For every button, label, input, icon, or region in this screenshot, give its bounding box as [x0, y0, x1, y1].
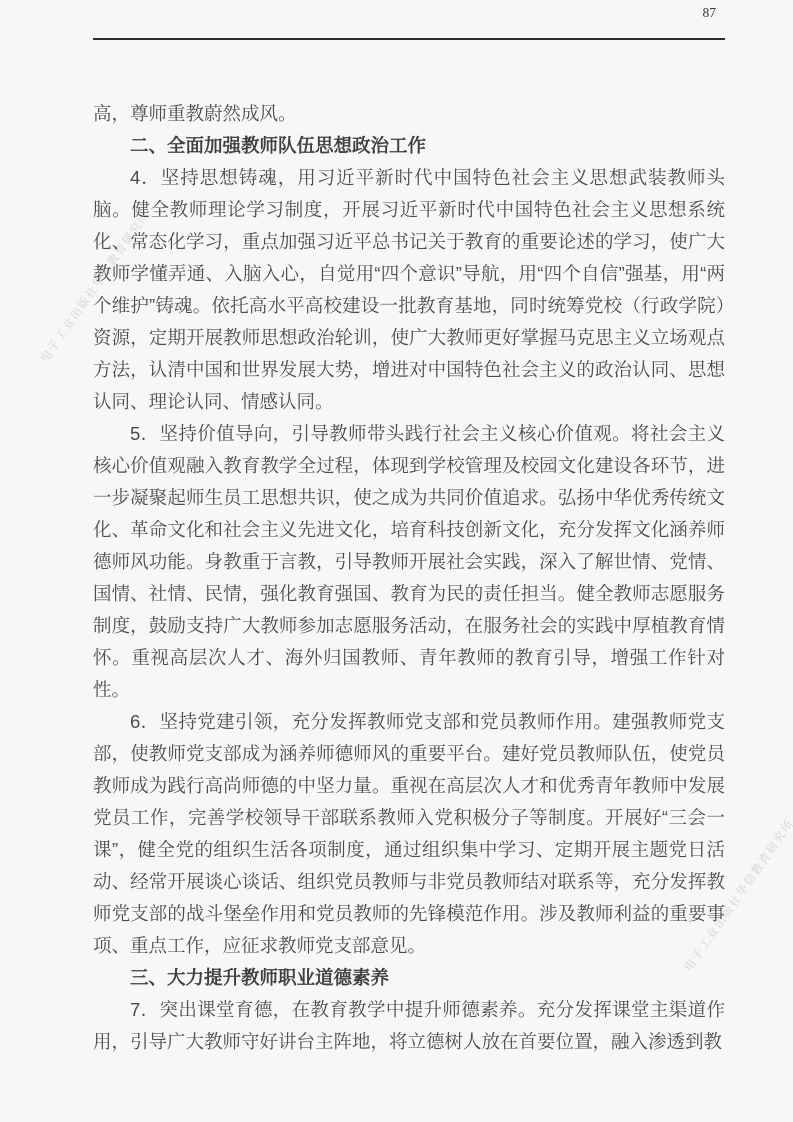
document-page: 87 电子工业出版社华信教育研究所 电子工业出版社华信教育研究所 高，尊师重教蔚…	[0, 0, 793, 1122]
document-body: 高，尊师重教蔚然成风。 二、全面加强教师队伍思想政治工作 4．坚持思想铸魂，用习…	[93, 98, 725, 1058]
page-number: 87	[703, 5, 717, 21]
paragraph-7: 7．突出课堂育德，在教育教学中提升师德素养。充分发挥课堂主渠道作用，引导广大教师…	[93, 994, 725, 1058]
section-heading-iii: 三、大力提升教师职业道德素养	[93, 962, 725, 994]
header-rule	[93, 38, 725, 40]
paragraph-4: 4．坚持思想铸魂，用习近平新时代中国特色社会主义思想武装教师头脑。健全教师理论学…	[93, 162, 725, 418]
paragraph-continuation: 高，尊师重教蔚然成风。	[93, 98, 725, 130]
section-heading-ii: 二、全面加强教师队伍思想政治工作	[93, 130, 725, 162]
paragraph-6: 6．坚持党建引领，充分发挥教师党支部和党员教师作用。建强教师党支部，使教师党支部…	[93, 706, 725, 962]
paragraph-5: 5．坚持价值导向，引导教师带头践行社会主义核心价值观。将社会主义核心价值观融入教…	[93, 418, 725, 706]
